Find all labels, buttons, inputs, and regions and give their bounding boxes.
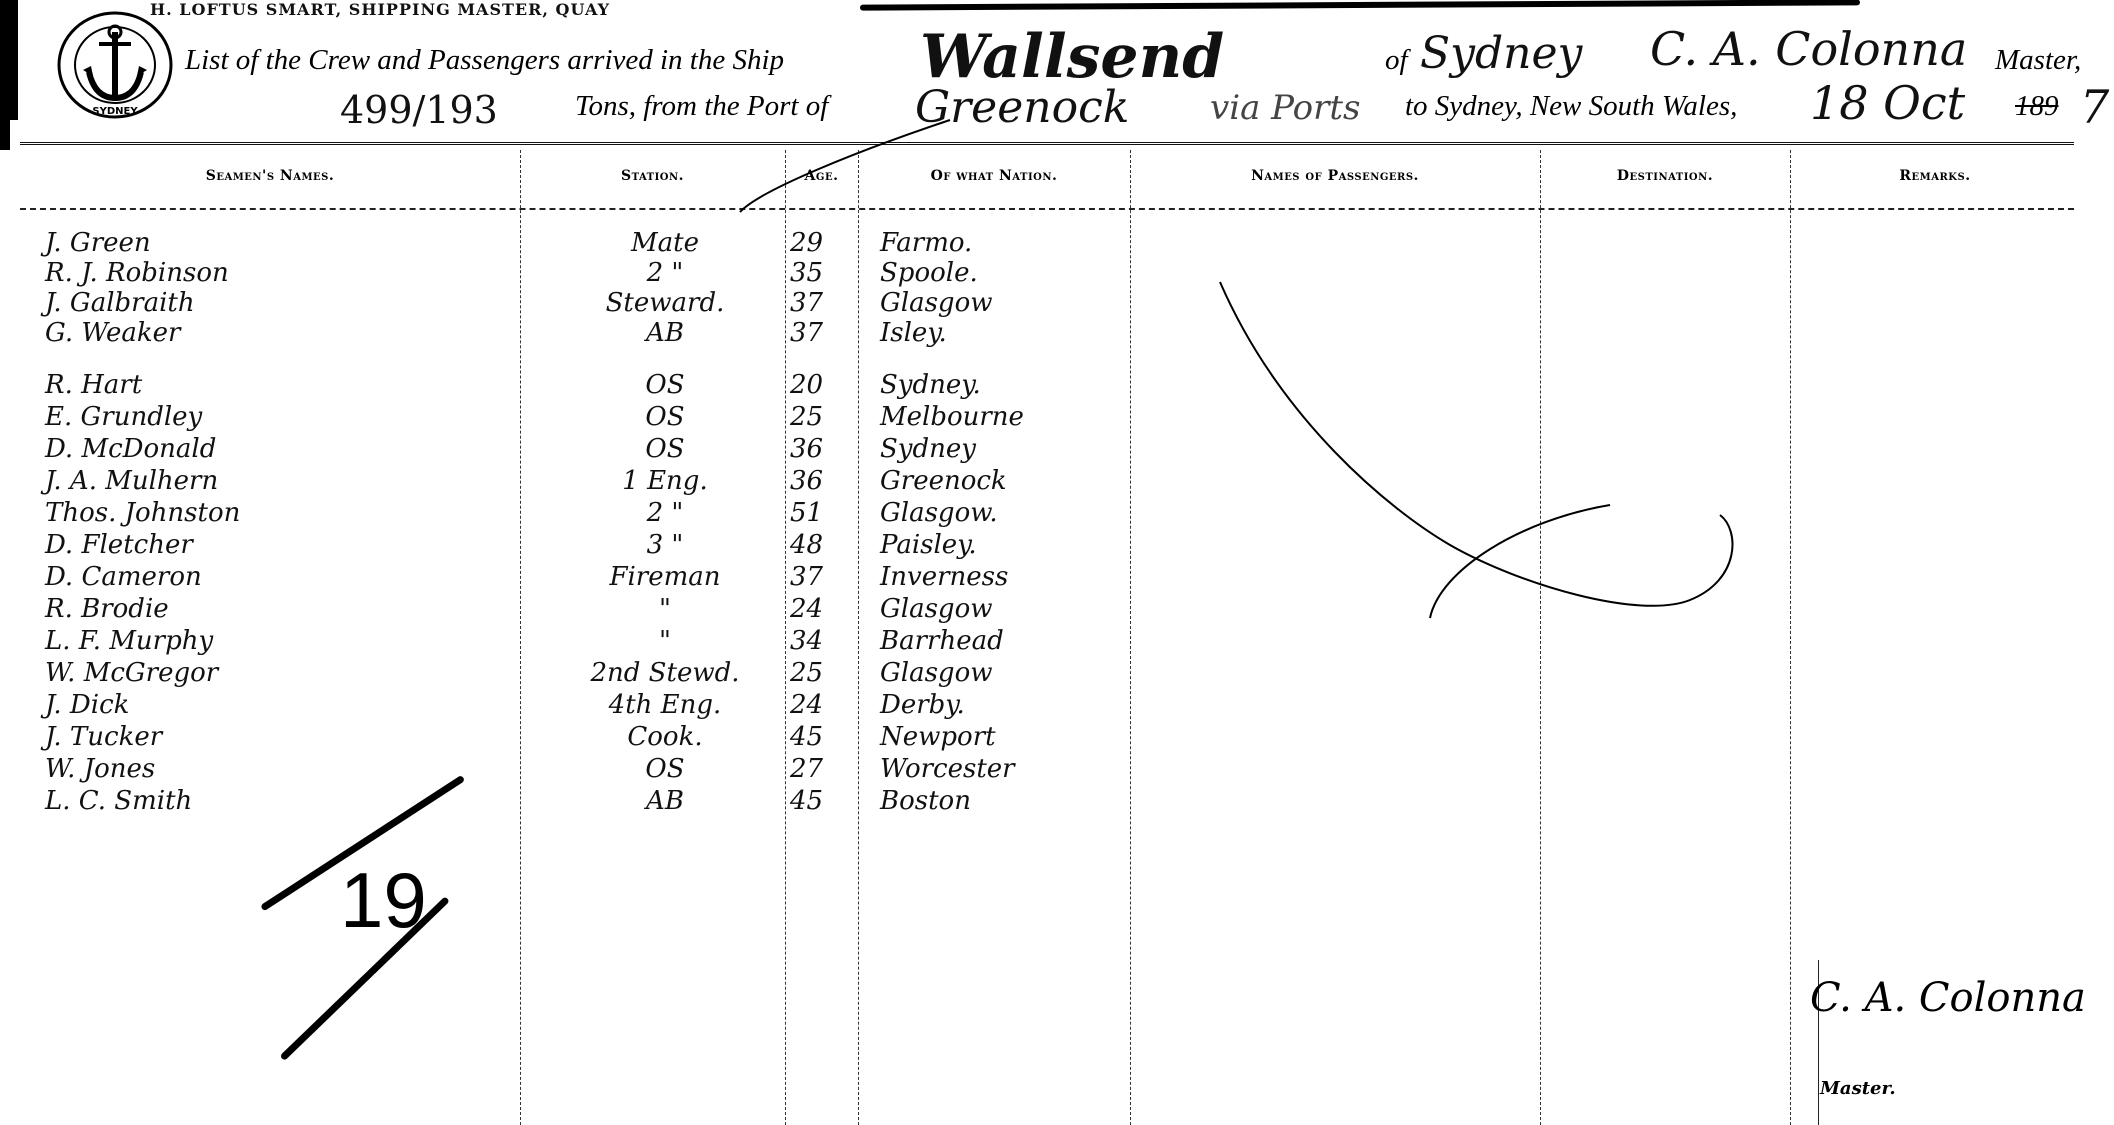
seaman-age: 34 <box>790 626 850 656</box>
seaman-station: Mate <box>550 228 780 258</box>
table-row: D. McDonald OS 36 Sydney <box>0 434 1130 460</box>
home-port: Sydney <box>1420 28 1582 79</box>
top-banner-text: H. LOFTUS SMART, SHIPPING MASTER, QUAY <box>150 0 610 19</box>
table-row: J. Green Mate 29 Farmo. <box>0 228 1130 254</box>
seaman-nation: Spoole. <box>880 258 978 288</box>
top-border-rule <box>860 0 1860 11</box>
seaman-nation: Glasgow <box>880 288 992 318</box>
seaman-nation: Inverness <box>880 562 1008 592</box>
svg-text:SYDNEY: SYDNEY <box>92 106 138 117</box>
table-row: J. Dick 4th Eng. 24 Derby. <box>0 690 1130 716</box>
seaman-nation: Paisley. <box>880 530 977 560</box>
seaman-station: OS <box>550 754 780 784</box>
of-label: of <box>1385 44 1408 77</box>
column-divider <box>1130 150 1131 1125</box>
seaman-age: 37 <box>790 288 850 318</box>
seaman-station: 2 " <box>550 258 780 288</box>
seaman-name: D. Cameron <box>45 562 202 592</box>
seaman-nation: Glasgow. <box>880 498 998 528</box>
seaman-station: Cook. <box>550 722 780 752</box>
seaman-age: 51 <box>790 498 850 528</box>
seaman-nation: Greenock <box>880 466 1007 496</box>
seaman-nation: Farmo. <box>880 228 972 258</box>
seaman-nation: Boston <box>880 786 971 816</box>
from-port: Greenock <box>915 82 1129 133</box>
seaman-name: J. Dick <box>45 690 129 720</box>
seaman-age: 37 <box>790 562 850 592</box>
seaman-name: J. A. Mulhern <box>45 466 218 496</box>
table-row: R. Hart OS 20 Sydney. <box>0 370 1130 396</box>
seaman-age: 36 <box>790 466 850 496</box>
seaman-age: 24 <box>790 690 850 720</box>
seaman-age: 24 <box>790 594 850 624</box>
column-header-destination: Destination. <box>1540 168 1790 184</box>
table-row: W. Jones OS 27 Worcester <box>0 754 1130 780</box>
seaman-nation: Melbourne <box>880 402 1024 432</box>
seaman-station: Steward. <box>550 288 780 318</box>
seaman-name: W. Jones <box>45 754 155 784</box>
header-bottom-rule <box>20 208 2074 210</box>
header-top-rule <box>20 142 2074 145</box>
column-header-nation: Of what Nation. <box>858 168 1130 184</box>
seaman-name: J. Tucker <box>45 722 162 752</box>
seaman-name: R. Brodie <box>45 594 169 624</box>
seaman-nation: Glasgow <box>880 594 992 624</box>
table-row: L. C. Smith AB 45 Boston <box>0 786 1130 812</box>
seaman-name: E. Grundley <box>45 402 202 432</box>
seaman-nation: Sydney. <box>880 370 981 400</box>
seaman-age: 37 <box>790 318 850 348</box>
seaman-station: AB <box>550 786 780 816</box>
seaman-name: R. J. Robinson <box>45 258 229 288</box>
seaman-age: 27 <box>790 754 850 784</box>
seaman-nation: Sydney <box>880 434 976 464</box>
table-row: J. Galbraith Steward. 37 Glasgow <box>0 288 1130 314</box>
seaman-nation: Newport <box>880 722 996 752</box>
seaman-name: W. McGregor <box>45 658 218 688</box>
table-row: E. Grundley OS 25 Melbourne <box>0 402 1130 428</box>
seaman-station: 4th Eng. <box>550 690 780 720</box>
seaman-age: 36 <box>790 434 850 464</box>
seaman-name: G. Weaker <box>45 318 180 348</box>
seaman-age: 25 <box>790 402 850 432</box>
seaman-station: " <box>550 594 780 624</box>
seaman-nation: Derby. <box>880 690 965 720</box>
table-row: D. Cameron Fireman 37 Inverness <box>0 562 1130 588</box>
seaman-station: 2 " <box>550 498 780 528</box>
master-signature: C. A. Colonna <box>1810 975 2086 1021</box>
seaman-nation: Worcester <box>880 754 1015 784</box>
year-printed: 189 <box>2015 90 2059 123</box>
table-row: J. A. Mulhern 1 Eng. 36 Greenock <box>0 466 1130 492</box>
tonnage: 499/193 <box>340 88 498 132</box>
seaman-station: OS <box>550 370 780 400</box>
via-ports: via Ports <box>1210 88 1361 128</box>
seaman-name: D. Fletcher <box>45 530 193 560</box>
seaman-name: L. C. Smith <box>45 786 192 816</box>
table-row: W. McGregor 2nd Stewd. 25 Glasgow <box>0 658 1130 684</box>
table-row: D. Fletcher 3 " 48 Paisley. <box>0 530 1130 556</box>
seaman-name: L. F. Murphy <box>45 626 213 656</box>
seaman-station: 2nd Stewd. <box>550 658 780 688</box>
column-header-passengers: Names of Passengers. <box>1130 168 1540 184</box>
seaman-station: 1 Eng. <box>550 466 780 496</box>
seaman-age: 45 <box>790 786 850 816</box>
seaman-name: Thos. Johnston <box>45 498 240 528</box>
seaman-age: 20 <box>790 370 850 400</box>
seaman-age: 35 <box>790 258 850 288</box>
anchor-icon: SYDNEY <box>55 10 175 120</box>
seaman-name: J. Green <box>45 228 151 258</box>
table-row: L. F. Murphy " 34 Barrhead <box>0 626 1130 652</box>
seaman-station: OS <box>550 434 780 464</box>
column-divider <box>1540 150 1541 1125</box>
column-header-age: Age. <box>785 168 858 184</box>
destination-label: to Sydney, New South Wales, <box>1405 90 1737 123</box>
seaman-station: 3 " <box>550 530 780 560</box>
column-divider <box>1790 150 1791 1125</box>
signature-master-label: Master. <box>1820 1078 1896 1099</box>
table-row: R. Brodie " 24 Glasgow <box>0 594 1130 620</box>
crew-list-document: H. LOFTUS SMART, SHIPPING MASTER, QUAY S… <box>0 0 2114 1125</box>
seaman-name: J. Galbraith <box>45 288 195 318</box>
column-header-seamens-names: Seamen's Names. <box>20 168 520 184</box>
table-row: J. Tucker Cook. 45 Newport <box>0 722 1130 748</box>
seaman-age: 48 <box>790 530 850 560</box>
table-row: G. Weaker AB 37 Isley. <box>0 318 1130 344</box>
seaman-name: D. McDonald <box>45 434 216 464</box>
year-hand: 7 <box>2080 80 2109 134</box>
seaman-name: R. Hart <box>45 370 142 400</box>
heading-line1-prefix: List of the Crew and Passengers arrived … <box>185 44 784 77</box>
seaman-station: OS <box>550 402 780 432</box>
seaman-age: 45 <box>790 722 850 752</box>
master-name: C. A. Colonna <box>1650 22 1967 76</box>
column-header-station: Station. <box>520 168 785 184</box>
seaman-nation: Glasgow <box>880 658 992 688</box>
master-label: Master, <box>1995 44 2081 77</box>
seaman-station: " <box>550 626 780 656</box>
table-row: R. J. Robinson 2 " 35 Spoole. <box>0 258 1130 284</box>
seaman-station: Fireman <box>550 562 780 592</box>
column-header-remarks: Remarks. <box>1790 168 2080 184</box>
seaman-nation: Barrhead <box>880 626 1004 656</box>
arrival-date: 18 Oct <box>1810 76 1965 130</box>
scan-edge-shadow <box>0 0 10 150</box>
table-row: Thos. Johnston 2 " 51 Glasgow. <box>0 498 1130 524</box>
seaman-nation: Isley. <box>880 318 947 348</box>
seaman-age: 25 <box>790 658 850 688</box>
seaman-age: 29 <box>790 228 850 258</box>
seaman-station: AB <box>550 318 780 348</box>
tons-label: Tons, from the Port of <box>575 90 828 123</box>
